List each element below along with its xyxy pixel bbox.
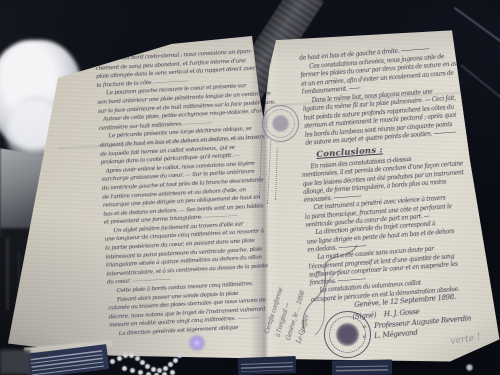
reflection-streak [6,238,9,310]
label-text-lines [336,363,389,373]
signature-flourish [295,243,373,339]
led-glow [189,335,205,351]
bead-glint [466,364,473,371]
pencil-note: verte ! [450,333,481,347]
museum-label-right [332,359,392,375]
case-corner-shadow [0,350,30,374]
label-text-lines [241,359,292,372]
pearl-necklace [110,359,115,364]
label-text-lines [30,348,104,375]
museum-label-center [238,356,297,375]
museum-showcase-photo: au niveau du bord costo-sternal ; nous c… [0,0,500,375]
